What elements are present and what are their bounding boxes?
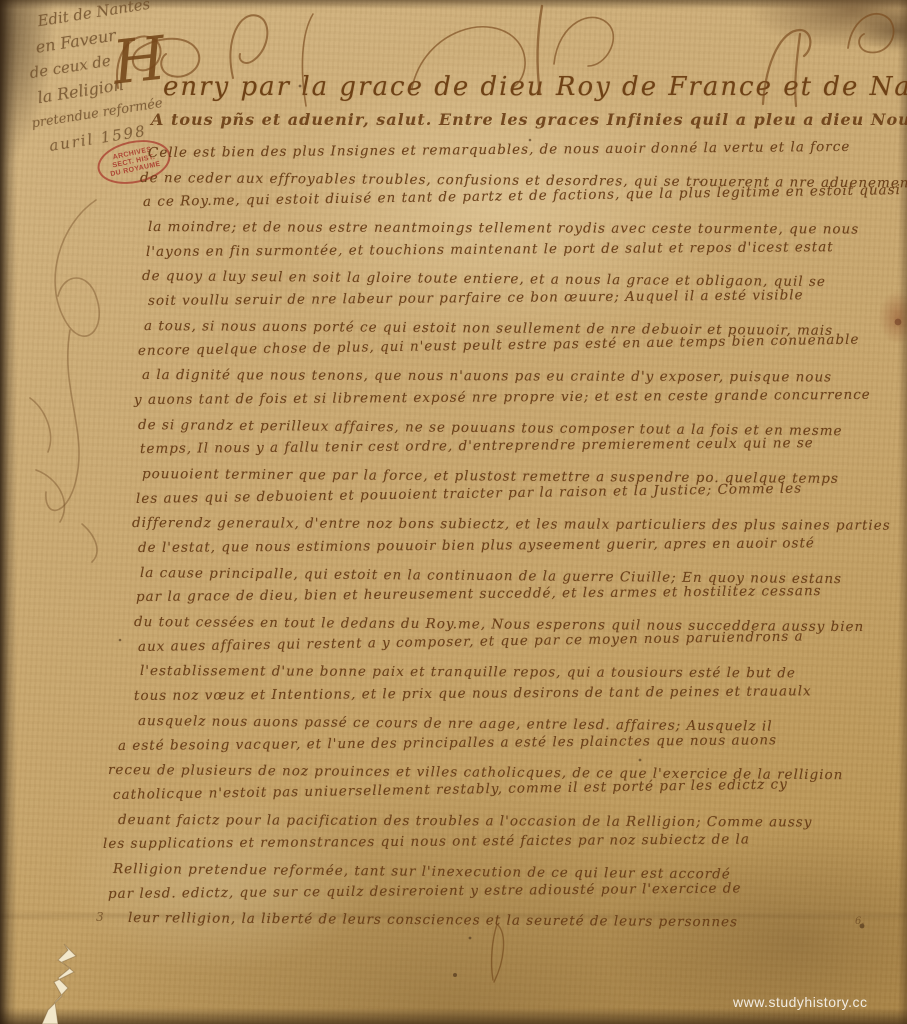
- footer-mark-left: 3: [96, 910, 104, 924]
- body-line: soit voullu seruir de nre labeur pour pa…: [148, 283, 890, 314]
- footer-mark-right: 6.: [855, 916, 865, 927]
- body-line: Celle est bien des plus Insignes et rema…: [148, 135, 890, 166]
- body-text: Celle est bien des plus Insignes et rema…: [148, 141, 890, 931]
- watermark: www.studyhistory.cc: [733, 994, 868, 1010]
- body-line: les supplications et remonstrances qui n…: [103, 827, 890, 857]
- body-line: par la grace de dieu, bien et heureuseme…: [136, 579, 890, 610]
- body-line: leur relligion, la liberté de leurs cons…: [128, 906, 890, 936]
- body-line: y auons tant de fois et si librement exp…: [134, 383, 890, 413]
- flourish-right-paraph: [848, 14, 894, 53]
- heading-initial: H: [109, 23, 168, 98]
- body-line: temps, Il nous y a fallu tenir cest ordr…: [140, 431, 890, 462]
- heading-line-2: A tous pñs et aduenir, salut. Entre les …: [151, 110, 907, 129]
- flourish-loop-right: [554, 17, 613, 66]
- parchment-page: Edit de Nantes en Faveur de ceux de la R…: [0, 0, 907, 1024]
- parchment-tear: [42, 944, 76, 1024]
- heading-line-1: enry par la grace de dieu Roy de France …: [163, 72, 907, 102]
- body-line: l'ayons en fin surmontée, et touchions m…: [146, 235, 890, 265]
- body-line: de l'estat, que nous estimions pouuoir b…: [138, 531, 890, 561]
- flourish-left-margin: [30, 200, 99, 562]
- body-line: tous noz vœuz et Intentions, et le prix …: [134, 679, 890, 709]
- flourish-open-loop: [230, 15, 267, 78]
